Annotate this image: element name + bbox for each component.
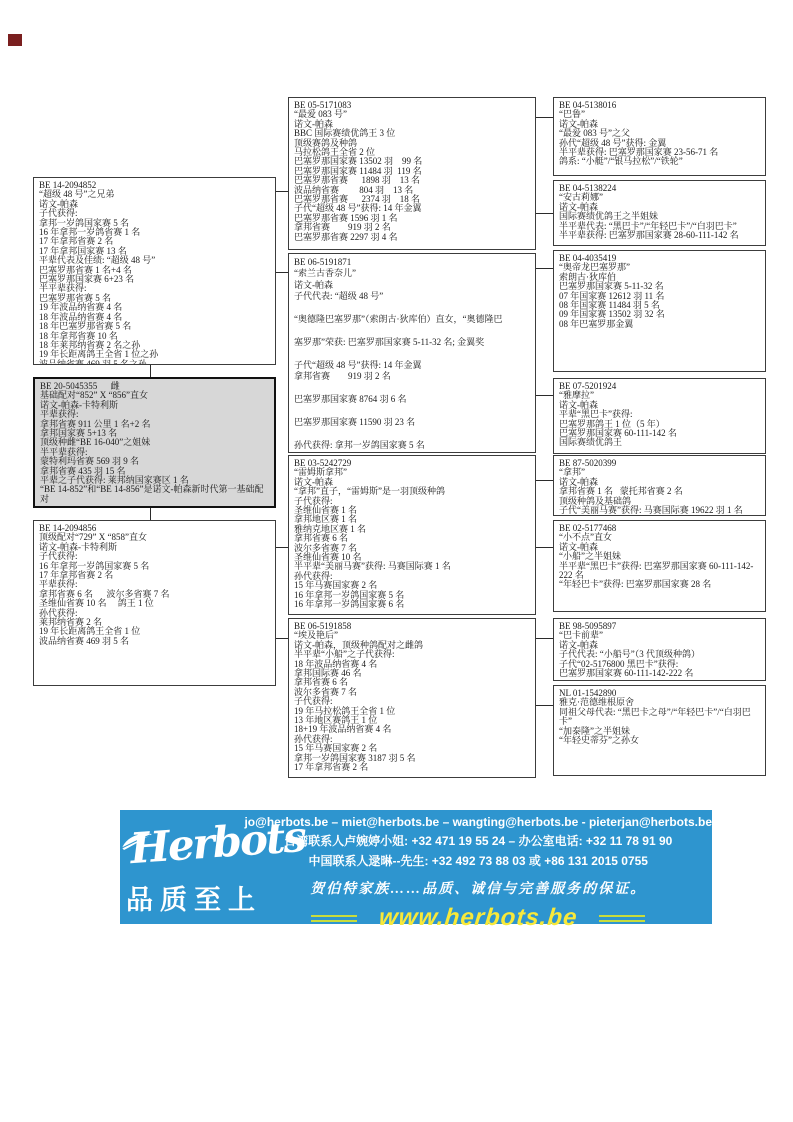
text-line: “年轻史蒂芬”之孙女: [559, 736, 761, 745]
pedigree-box-be02-5177468: BE 02-5177468“小不点”直女诺文-帕森“小船”之半姐妹半平辈“黑巴卡…: [553, 520, 766, 612]
text-line: BE 87-5020399: [559, 459, 761, 468]
text-line: 子代“美丽马赛”获得: 马赛国际赛 19622 羽 1 名: [559, 506, 761, 515]
text-line: 半平辈“黑巴卡”获得: 巴塞罗那国家赛 60-111-142-222 名: [559, 562, 761, 581]
pedigree-box-be07-5201924: BE 07-5201924“雅摩拉”诺文-帕森平辈“黑巴卡”获得:巴塞罗那鸽王 …: [553, 378, 766, 454]
website-row: www.herbots.be: [244, 904, 712, 932]
connector-line: [536, 547, 553, 548]
connector-line: [536, 395, 553, 396]
text-line: BE 06-5191871: [294, 257, 531, 268]
double-rule-icon: [311, 915, 357, 922]
text-line: [294, 303, 531, 314]
text-line: 16 年拿邦一岁鸽国家赛 6 名: [294, 600, 531, 609]
pedigree-box-be87-5020399: BE 87-5020399“拿邦”诺文-帕森拿邦省赛 1 名 蒙托邦省赛 2 名…: [553, 455, 766, 516]
text-line: 巴塞罗那国家赛 60-111-142-222 名: [559, 669, 761, 678]
pedigree-box-nl01-1542890: NL 01-1542890雅克·范德维根原舍同祖父母代表: “黑巴卡之母”/“年…: [553, 685, 766, 776]
connector-line: [150, 365, 151, 377]
text-line: 波品纳省赛 469 羽 5 名: [39, 637, 271, 646]
text-line: [294, 405, 531, 416]
connector-line: [276, 638, 288, 639]
text-line: [294, 325, 531, 336]
text-line: 巴塞罗那国家赛 8764 羽 6 名: [294, 394, 531, 405]
text-line: 国际赛绩优鸽王: [559, 438, 761, 447]
text-line: “年轻巴卡”获得: 巴塞罗那国家赛 28 名: [559, 580, 761, 589]
text-line: 子代代表: “超级 48 号”: [294, 291, 531, 302]
text-line: 同祖父母代表: “黑巴卡之母”/“年轻巴卡”/“白羽巴卡”: [559, 708, 761, 727]
text-line: 拿邦省赛 919 羽 2 名: [294, 371, 531, 382]
taiwan-contact-line: 台湾联系人卢婉婷小姐: +32 471 19 55 24 – 办公室电话: +3…: [244, 832, 712, 849]
family-slogan: 贺伯特家族……品质、诚信与完善服务的保证。: [244, 878, 712, 898]
website-link[interactable]: www.herbots.be: [378, 904, 579, 932]
text-line: 子代“超级 48 号”获得: 14 年金翼: [294, 360, 531, 371]
text-line: 孙代获得: 拿邦一岁鸽国家赛 5 名: [294, 440, 531, 451]
herbots-banner: Herbots 品质至上 jo@herbots.be – miet@herbot…: [120, 810, 712, 924]
text-line: 巴塞罗那省赛 2297 羽 4 名: [294, 233, 531, 242]
connector-line: [276, 547, 288, 548]
text-line: BE 04-5138016: [559, 101, 761, 110]
pedigree-box-be06-5191871: BE 06-5191871“索兰古香奈儿”诺文-帕森子代代表: “超级 48 号…: [288, 253, 536, 453]
text-line: 08 年巴塞罗那金翼: [559, 320, 761, 329]
connector-line: [536, 213, 553, 214]
pedigree-box-be04-5138016: BE 04-5138016“巴鲁”诺文-帕森“最爱 083 号”之父孙代“超级 …: [553, 97, 766, 176]
text-line: 鸽系: “小艇”/“银马拉松”/“铁轮”: [559, 157, 761, 166]
pedigree-box-be03-5242729: BE 03-5242729“雷姆斯拿邦”诺文-帕森“拿邦”直子，“雷姆斯”是一羽…: [288, 455, 536, 615]
text-line: 诺文-帕森: [294, 280, 531, 291]
connector-line: [276, 191, 288, 192]
connector-line: [536, 268, 553, 269]
text-line: “索兰古香奈儿”: [294, 268, 531, 279]
double-rule-icon: [599, 915, 645, 922]
connector-line: [536, 117, 553, 118]
herbots-contact-area: jo@herbots.be – miet@herbots.be – wangti…: [244, 810, 712, 924]
text-line: [294, 428, 531, 439]
email-links[interactable]: jo@herbots.be – miet@herbots.be – wangti…: [244, 815, 712, 829]
herbots-tagline: 品质至上: [126, 878, 262, 917]
connector-line: [276, 272, 288, 273]
pedigree-box-be04-4035419: BE 04-4035419“奥帝龙巴塞罗那”索朗古·狄库伯巴塞罗那国家赛 5-1…: [553, 250, 766, 372]
herbots-logo-area: Herbots 品质至上: [120, 810, 244, 924]
pedigree-document: { "boxes": [ {"id":"BE 14-2094852","role…: [0, 0, 793, 1122]
connector-line: [536, 480, 553, 481]
text-line: 半平辈获得: 巴塞罗那国家赛 28-60-111-142 名: [559, 231, 761, 240]
connector-line: [536, 705, 553, 706]
text-line: 波品纳省赛 469 羽 5 名之孙: [39, 360, 271, 365]
connector-line: [536, 638, 553, 639]
text-line: “奥德隆巴塞罗那”（索朗古·狄库伯）直女，“奥德隆巴: [294, 314, 531, 325]
pedigree-box-subject-be20-5045355: BE 20-5045355 雌基础配对“852” X “856”直女诺文-帕森-…: [33, 377, 276, 508]
china-contact-line: 中国联系人逯晽--先生: +32 492 73 88 03 或 +86 131 …: [244, 852, 712, 869]
pedigree-box-be04-5138224: BE 04-5138224“安古莉娜”诺文-帕森国际赛绩优鸽王之半姐妹半平辈代表…: [553, 180, 766, 246]
pedigree-box-be98-5095897: BE 98-5095897“巴卡前辈”诺文-帕森子代代表: “小船号”（3 代顶…: [553, 618, 766, 681]
pedigree-box-be14-2094852: BE 14-2094852“超级 48 号”之兄弟诺文-帕森子代获得:拿邦一岁鸽…: [33, 177, 276, 365]
text-line: 塞罗那”荣获: 巴塞罗那国家赛 5-11-32 名; 金翼奖: [294, 337, 531, 348]
text-line: [294, 382, 531, 393]
text-line: “BE 14-852”和“BE 14-856”是诺文-帕森新时代第一基础配对: [40, 485, 270, 504]
corner-marker: [8, 34, 22, 46]
pedigree-box-be05-5171083: BE 05-5171083“最爱 083 号”诺文-帕森BBC 国际赛绩优鸽王 …: [288, 97, 536, 250]
text-line: 17 年拿邦省赛 2 名: [294, 763, 531, 772]
text-line: [294, 348, 531, 359]
connector-line: [150, 508, 151, 520]
pedigree-box-be06-5191858: BE 06-5191858“埃及艳后”诺文-帕森，顶级种鸽配对之雌鸽半平辈“小船…: [288, 618, 536, 778]
text-line: 巴塞罗那国家赛 11590 羽 23 名: [294, 417, 531, 428]
pedigree-box-be14-2094856: BE 14-2094856顶级配对“729” X “858”直女诺文-帕森-卡特…: [33, 520, 276, 686]
